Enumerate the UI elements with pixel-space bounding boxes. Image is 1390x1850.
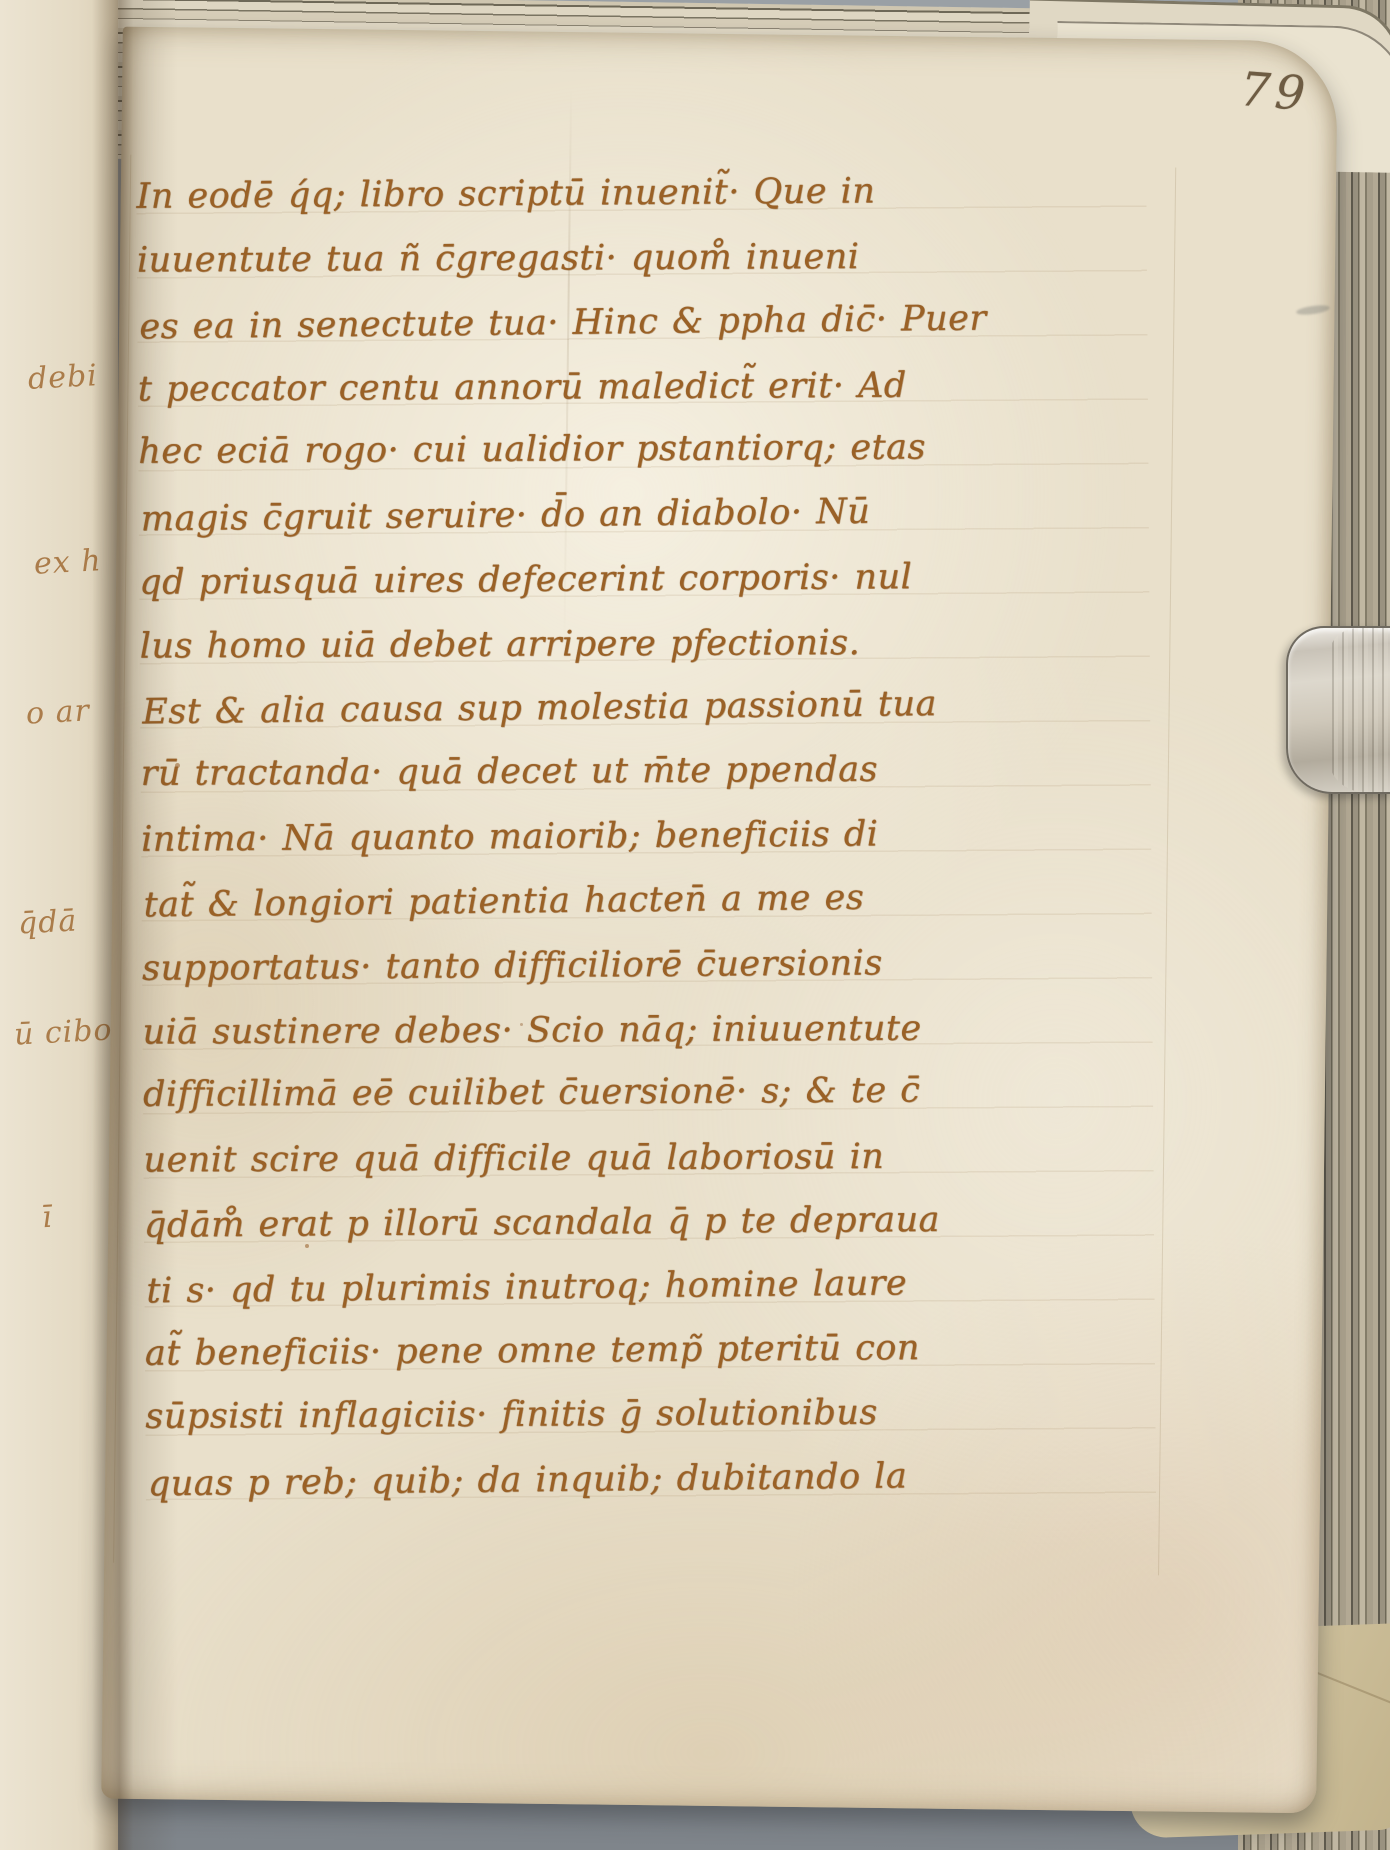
text-line: In eodē q́q; libro scriptū inuenit̃· Que… — [136, 157, 1146, 229]
gutter-text-fragment: o ar — [25, 693, 91, 731]
text-line: sūpsisti inflagiciis· finitis ḡ solution… — [145, 1379, 1155, 1449]
ink-speck — [175, 763, 180, 768]
manuscript-page: 79 In eodē q́q; libro scriptū inuenit̃· … — [101, 27, 1338, 1814]
gutter-text-fragment: debi — [27, 358, 99, 397]
gutter-text-fragment: q̄dā — [17, 903, 78, 941]
gutter-text-fragment: ī — [41, 1200, 53, 1236]
text-line: supportatus· tanto difficiliorē c̄uersio… — [142, 929, 1152, 1001]
text-line: tat̃ & longiori patientia hacten̄ a me e… — [143, 863, 1154, 938]
gutter-text-fragment: ex h — [33, 543, 102, 581]
gutter-text-fragment: ū cibo — [13, 1012, 113, 1052]
text-line: rū tractanda· quā decet ut m̄te ppendas — [140, 736, 1150, 806]
folio-number: 79 — [1238, 62, 1312, 123]
gutter-facing-page: debi ex h o ar q̄dā ū cibo ī — [0, 0, 118, 1850]
ink-speck — [305, 1244, 309, 1248]
text-line: hec eciā rogo· cui ualidior pstantiorq; … — [138, 414, 1148, 484]
manuscript-photo: debi ex h o ar q̄dā ū cibo ī 79 In eodē … — [0, 0, 1390, 1850]
text-line: uiā sustinere debes· Scio nāq; iniuuentu… — [142, 995, 1152, 1064]
text-line: t peccator centu annorū maledict̃ erit· … — [138, 353, 1148, 422]
page-holder-clip — [1286, 626, 1390, 794]
text-line: q̄dām̊ erat p illorū scandala q̄ p te de… — [144, 1186, 1154, 1258]
text-line: difficillimā eē cuilibet c̄uersionē· s; … — [143, 1057, 1153, 1127]
text-line: Est & alia causa sup molestia passionū t… — [142, 670, 1153, 745]
text-line: ti s· qd tu plurimis inutroq; homine lau… — [146, 1249, 1157, 1324]
text-line: es ea in senectute tua· Hinc & ppha dic̄… — [139, 284, 1150, 359]
ink-speck — [520, 1023, 523, 1026]
text-line: lus homo uiā debet arripere pfectionis. — [140, 610, 1150, 679]
text-line: iuuentute tua ñ c̄gregasti· quom̊ inueni — [137, 224, 1147, 293]
text-line: uenit scire quā difficile quā laboriosū … — [143, 1124, 1153, 1193]
right-margin-rule — [1158, 168, 1176, 1576]
text-line: magis c̄gruit seruire· d̄o an diabolo· N… — [140, 477, 1151, 552]
text-line: quas p reb; quib; da inquib; dubitando l… — [148, 1442, 1159, 1517]
text-line: at̃ beneficiis· pene omne temp̃ pteritū … — [145, 1315, 1155, 1387]
text-line: intima· Nā quanto maiorib; beneficiis di — [141, 800, 1151, 872]
text-line: qd priusquā uires defecerint corporis· n… — [139, 543, 1149, 615]
text-block: In eodē q́q; libro scriptū inuenit̃· Que… — [136, 157, 1156, 1515]
